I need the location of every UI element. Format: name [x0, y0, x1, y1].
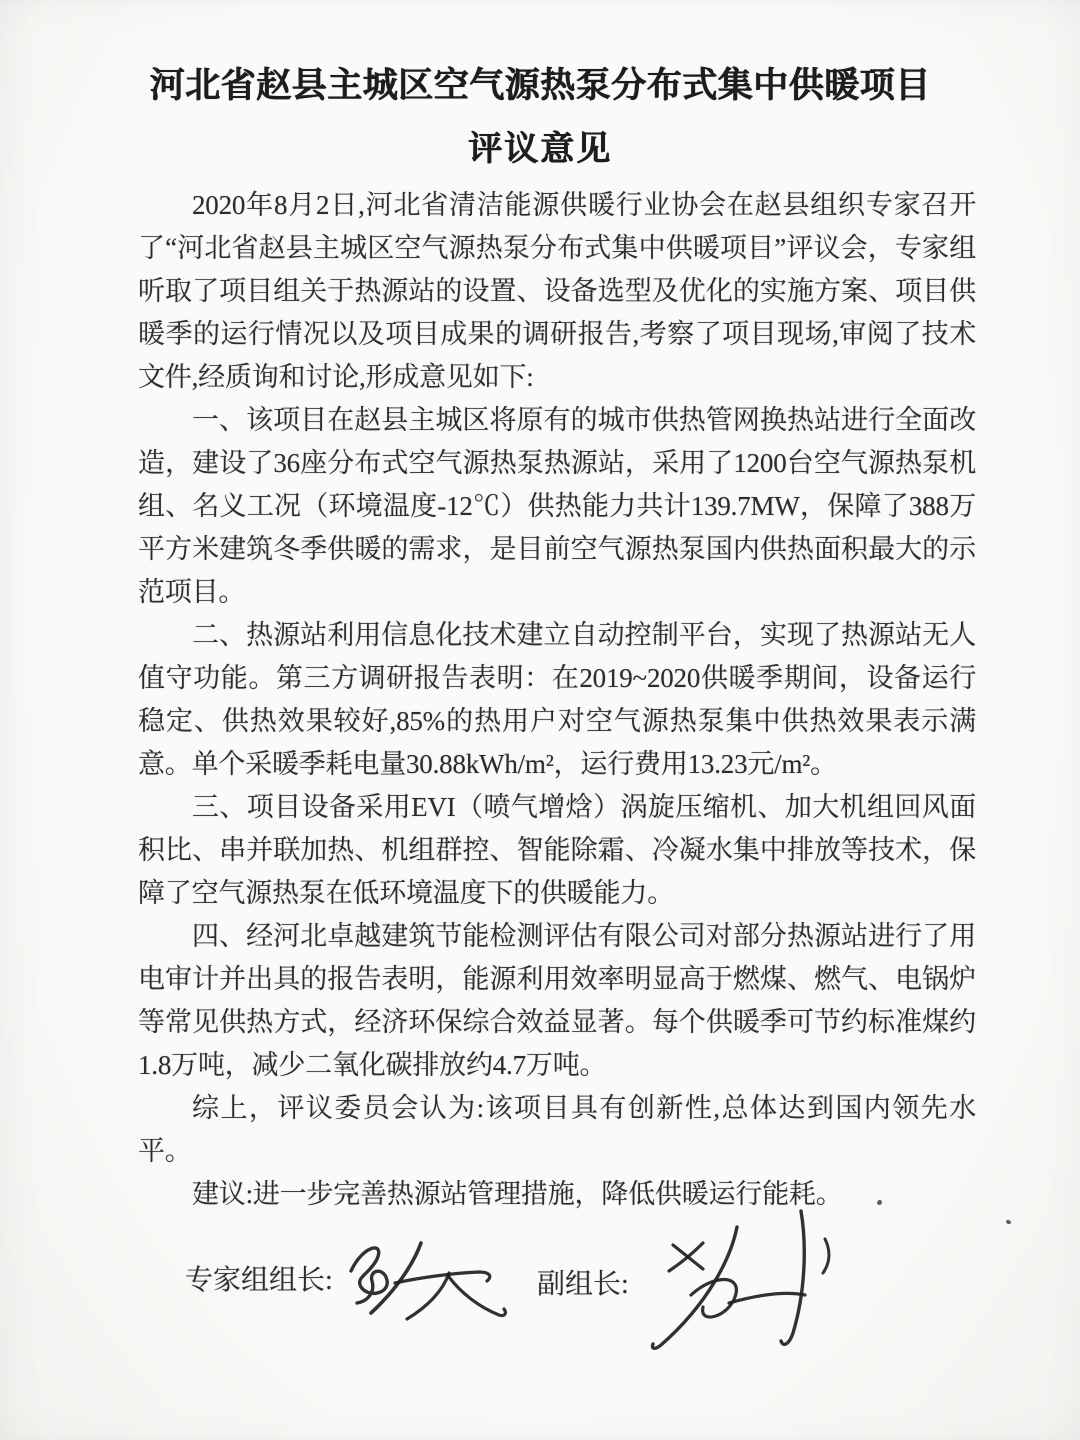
body-paragraph-item4: 四、经河北卓越建筑节能检测评估有限公司对部分热源站进行了用电审计并出具的报告表明…	[138, 915, 976, 1087]
leader-signature	[323, 1231, 518, 1343]
body-paragraph-item3: 三、项目设备采用EVI（喷气增焓）涡旋压缩机、加大机组回风面积比、串并联加热、机…	[138, 786, 976, 915]
document-body: 2020年8月2日,河北省清洁能源供暖行业协会在赵县组织专家召开了“河北省赵县主…	[138, 184, 976, 1216]
leader-signature-label: 专家组组长:	[185, 1258, 333, 1298]
body-paragraph-item2: 二、热源站利用信息化技术建立自动控制平台，实现了热源站无人值守功能。第三方调研报…	[138, 614, 976, 786]
body-paragraph-item1: 一、该项目在赵县主城区将原有的城市供热管网换热站进行全面改造，建设了36座分布式…	[138, 399, 976, 614]
document-title: 河北省赵县主城区空气源热泵分布式集中供暖项目	[70, 64, 1010, 108]
signature-block: 专家组组长: 副组长:	[185, 1225, 945, 1400]
body-paragraph-intro: 2020年8月2日,河北省清洁能源供暖行业协会在赵县组织专家召开了“河北省赵县主…	[138, 184, 976, 399]
body-paragraph-suggestion: 建议:进一步完善热源站管理措施，降低供暖运行能耗。	[138, 1173, 976, 1216]
deputy-signature	[633, 1203, 843, 1368]
scanned-document-page: 河北省赵县主城区空气源热泵分布式集中供暖项目 评议意见 2020年8月2日,河北…	[0, 0, 1080, 1440]
scan-speck	[1005, 1219, 1011, 1225]
document-subtitle: 评议意见	[0, 121, 1080, 170]
body-paragraph-conclusion: 综上，评议委员会认为:该项目具有创新性,总体达到国内领先水平。	[138, 1087, 976, 1173]
deputy-signature-label: 副组长:	[537, 1262, 629, 1302]
